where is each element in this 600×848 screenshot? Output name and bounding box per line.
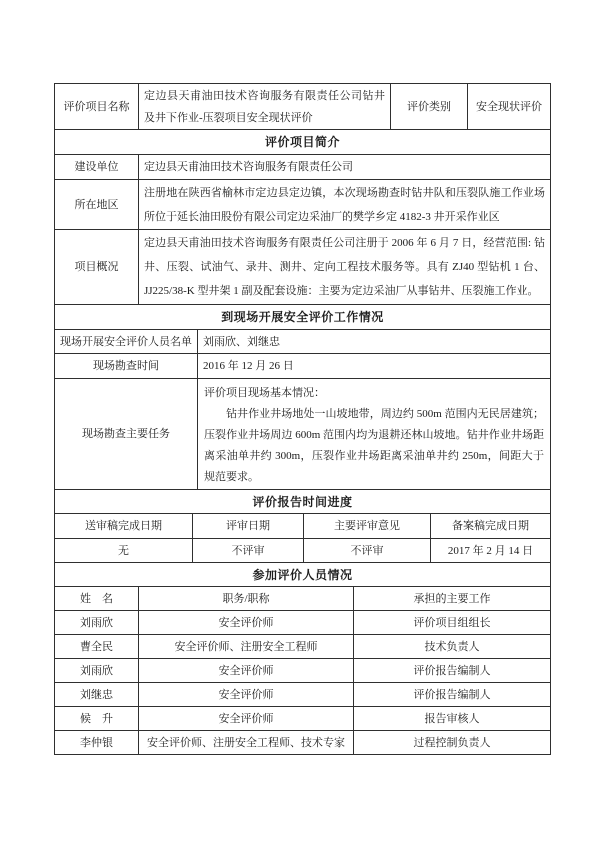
project-overview-value: 定边县天甫油田技术咨询服务有限责任公司注册于 2006 年 6 月 7 日，经营… xyxy=(139,230,550,304)
schedule-value-row: 无 不评审 不评审 2017 年 2 月 14 日 xyxy=(55,538,550,562)
survey-task-body: 钻井作业井场地处一山坡地带，周边约 500m 范围内无民居建筑；压裂作业井场周边… xyxy=(204,404,544,488)
survey-task-value: 评价项目现场基本情况： 钻井作业井场地处一山坡地带，周边约 500m 范围内无民… xyxy=(198,379,550,489)
eval-category-value: 安全现状评价 xyxy=(468,84,550,129)
section-title-participants: 参加评价人员情况 xyxy=(55,563,550,586)
survey-task-row: 现场勘查主要任务 评价项目现场基本情况： 钻井作业井场地处一山坡地带，周边约 5… xyxy=(55,378,550,489)
participant-duty: 技术负责人 xyxy=(354,635,550,658)
safety-evaluation-form: 评价项目名称 定边县天甫油田技术咨询服务有限责任公司钻井及井下作业-压裂项目安全… xyxy=(54,83,551,755)
section-row-site-work: 到现场开展安全评价工作情况 xyxy=(55,304,550,329)
construction-unit-value: 定边县天甫油田技术咨询服务有限责任公司 xyxy=(139,155,550,179)
site-personnel-label: 现场开展安全评价人员名单 xyxy=(55,330,198,353)
project-overview-text: 定边县天甫油田技术咨询服务有限责任公司注册于 2006 年 6 月 7 日，经营… xyxy=(144,231,545,303)
site-personnel-row: 现场开展安全评价人员名单 刘雨欣、刘继忠 xyxy=(55,329,550,353)
project-overview-label: 项目概况 xyxy=(55,230,139,304)
participant-row: 曹全民 安全评价师、注册安全工程师 技术负责人 xyxy=(55,634,550,658)
participant-title: 安全评价师 xyxy=(139,611,354,634)
review-date-value: 不评审 xyxy=(193,539,304,562)
project-header-row: 评价项目名称 定边县天甫油田技术咨询服务有限责任公司钻井及井下作业-压裂项目安全… xyxy=(55,84,550,129)
section-title-site-work: 到现场开展安全评价工作情况 xyxy=(55,305,550,329)
draft-date-value: 无 xyxy=(55,539,193,562)
participant-name-header: 姓 名 xyxy=(55,587,139,610)
participant-duty: 报告审核人 xyxy=(354,707,550,730)
participant-row: 刘继忠 安全评价师 评价报告编制人 xyxy=(55,682,550,706)
section-row-schedule: 评价报告时间进度 xyxy=(55,489,550,513)
participant-row: 刘雨欣 安全评价师 评价项目组组长 xyxy=(55,610,550,634)
survey-date-row: 现场勘查时间 2016 年 12 月 26 日 xyxy=(55,353,550,378)
participant-title-header: 职务/职称 xyxy=(139,587,354,610)
project-name-value: 定边县天甫油田技术咨询服务有限责任公司钻井及井下作业-压裂项目安全现状评价 xyxy=(139,84,391,129)
participant-name: 刘继忠 xyxy=(55,683,139,706)
participant-duty: 过程控制负责人 xyxy=(354,731,550,754)
survey-task-label: 现场勘查主要任务 xyxy=(55,379,198,489)
section-row-project-intro: 评价项目简介 xyxy=(55,129,550,154)
survey-task-intro: 评价项目现场基本情况： xyxy=(204,383,544,404)
project-name-text: 定边县天甫油田技术咨询服务有限责任公司钻井及井下作业-压裂项目安全现状评价 xyxy=(144,85,385,129)
participant-row: 刘雨欣 安全评价师 评价报告编制人 xyxy=(55,658,550,682)
participant-title: 安全评价师、注册安全工程师 xyxy=(139,635,354,658)
participant-duty: 评价报告编制人 xyxy=(354,659,550,682)
participant-duty-header: 承担的主要工作 xyxy=(354,587,550,610)
participants-header-row: 姓 名 职务/职称 承担的主要工作 xyxy=(55,586,550,610)
section-title-project-intro: 评价项目简介 xyxy=(55,130,550,154)
review-opinion-value: 不评审 xyxy=(304,539,431,562)
draft-date-header: 送审稿完成日期 xyxy=(55,514,193,538)
participant-duty: 评价项目组组长 xyxy=(354,611,550,634)
record-date-header: 备案稿完成日期 xyxy=(431,514,550,538)
site-personnel-value: 刘雨欣、刘继忠 xyxy=(198,330,550,353)
eval-category-label: 评价类别 xyxy=(391,84,468,129)
participant-name: 候 升 xyxy=(55,707,139,730)
construction-unit-label: 建设单位 xyxy=(55,155,139,179)
participant-name: 刘雨欣 xyxy=(55,611,139,634)
location-text: 注册地在陕西省榆林市定边县定边镇，本次现场勘查时钻井队和压裂队施工作业场所位于延… xyxy=(144,181,545,229)
project-name-label: 评价项目名称 xyxy=(55,84,139,129)
location-label: 所在地区 xyxy=(55,180,139,229)
project-overview-row: 项目概况 定边县天甫油田技术咨询服务有限责任公司注册于 2006 年 6 月 7… xyxy=(55,229,550,304)
participant-title: 安全评价师 xyxy=(139,659,354,682)
survey-date-value: 2016 年 12 月 26 日 xyxy=(198,354,550,378)
schedule-header-row: 送审稿完成日期 评审日期 主要评审意见 备案稿完成日期 xyxy=(55,513,550,538)
review-date-header: 评审日期 xyxy=(193,514,304,538)
section-title-schedule: 评价报告时间进度 xyxy=(55,490,550,513)
section-row-participants: 参加评价人员情况 xyxy=(55,562,550,586)
document-page: 评价项目名称 定边县天甫油田技术咨询服务有限责任公司钻井及井下作业-压裂项目安全… xyxy=(0,0,600,848)
participant-name: 李仲银 xyxy=(55,731,139,754)
participant-row: 李仲银 安全评价师、注册安全工程师、技术专家 过程控制负责人 xyxy=(55,730,550,754)
record-date-value: 2017 年 2 月 14 日 xyxy=(431,539,550,562)
survey-date-label: 现场勘查时间 xyxy=(55,354,198,378)
participant-title: 安全评价师、注册安全工程师、技术专家 xyxy=(139,731,354,754)
participant-row: 候 升 安全评价师 报告审核人 xyxy=(55,706,550,730)
participant-name: 曹全民 xyxy=(55,635,139,658)
review-opinion-header: 主要评审意见 xyxy=(304,514,431,538)
participant-name: 刘雨欣 xyxy=(55,659,139,682)
participant-title: 安全评价师 xyxy=(139,707,354,730)
location-value: 注册地在陕西省榆林市定边县定边镇，本次现场勘查时钻井队和压裂队施工作业场所位于延… xyxy=(139,180,550,229)
participant-title: 安全评价师 xyxy=(139,683,354,706)
participant-duty: 评价报告编制人 xyxy=(354,683,550,706)
construction-unit-row: 建设单位 定边县天甫油田技术咨询服务有限责任公司 xyxy=(55,154,550,179)
location-row: 所在地区 注册地在陕西省榆林市定边县定边镇，本次现场勘查时钻井队和压裂队施工作业… xyxy=(55,179,550,229)
